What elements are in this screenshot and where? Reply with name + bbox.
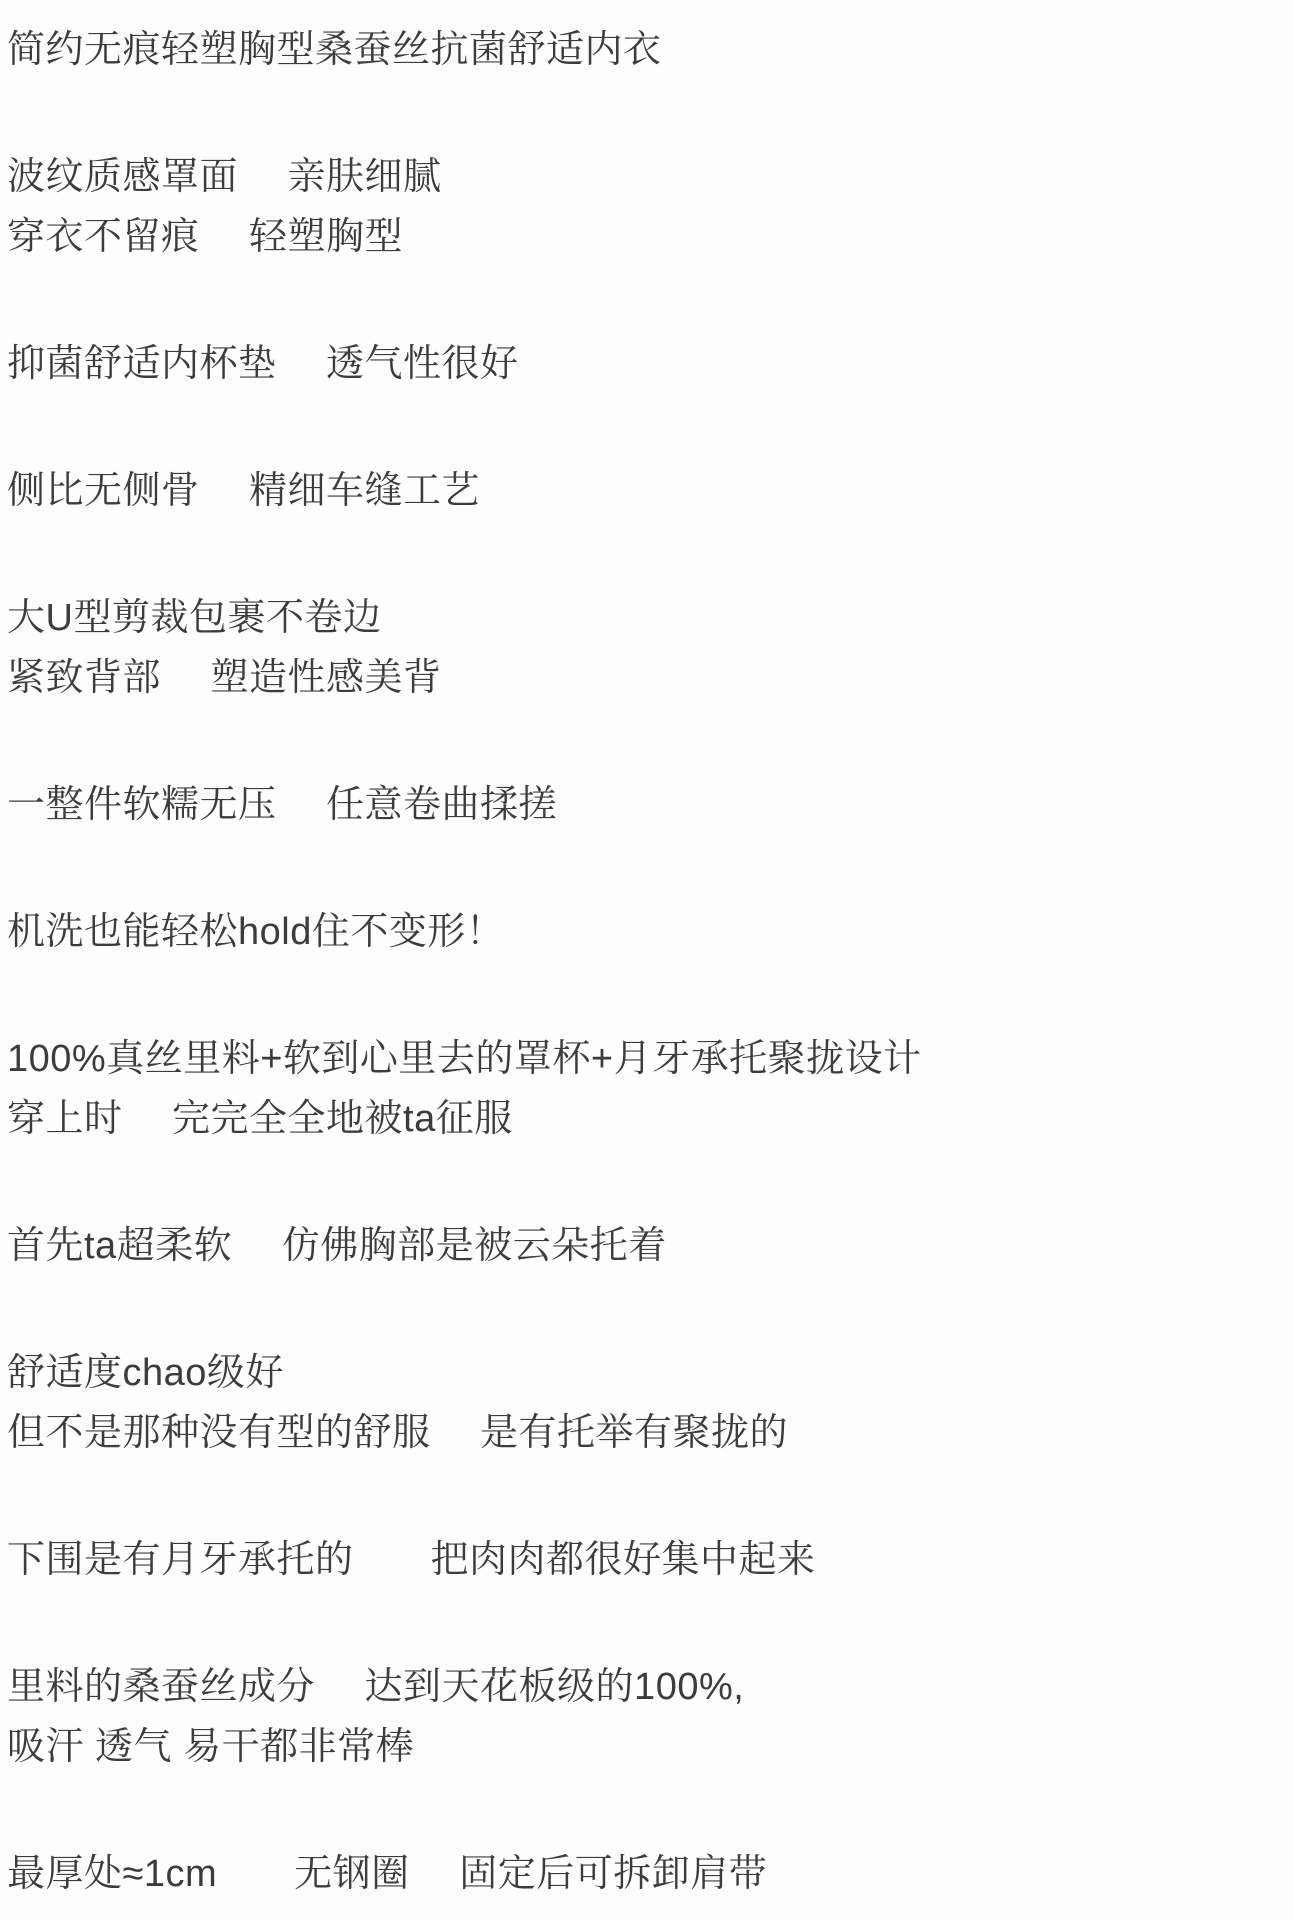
paragraph: 首先ta超柔软 仿佛胸部是被云朵托着 <box>7 1216 1278 1276</box>
paragraph: 舒适度chao级好 但不是那种没有型的舒服 是有托举有聚拢的 <box>7 1343 1278 1463</box>
feature-line: 100%真丝里料+软到心里去的罩杯+月牙承托聚拢设计 <box>7 1029 1278 1089</box>
feature-line: 波纹质感罩面 亲肤细腻 <box>7 147 1278 207</box>
title-paragraph: 简约无痕轻塑胸型桑蚕丝抗菌舒适内衣 <box>7 20 1278 80</box>
paragraph: 最厚处≈1cm 无钢圈 固定后可拆卸肩带 <box>7 1844 1278 1904</box>
paragraph: 下围是有月牙承托的 把肉肉都很好集中起来 <box>7 1530 1278 1590</box>
feature-line: 舒适度chao级好 <box>7 1343 1278 1403</box>
feature-line: 穿衣不留痕 轻塑胸型 <box>7 207 1278 267</box>
paragraph: 抑菌舒适内杯垫 透气性很好 <box>7 334 1278 394</box>
feature-line: 最厚处≈1cm 无钢圈 固定后可拆卸肩带 <box>7 1844 1278 1904</box>
feature-line: 首先ta超柔软 仿佛胸部是被云朵托着 <box>7 1216 1278 1276</box>
paragraph: 侧比无侧骨 精细车缝工艺 <box>7 461 1278 521</box>
paragraph: 机洗也能轻松hold住不变形！ <box>7 902 1278 962</box>
feature-line: 一整件软糯无压 任意卷曲揉搓 <box>7 775 1278 835</box>
feature-line: 下围是有月牙承托的 把肉肉都很好集中起来 <box>7 1530 1278 1590</box>
paragraph: 波纹质感罩面 亲肤细腻 穿衣不留痕 轻塑胸型 <box>7 147 1278 267</box>
paragraph: 里料的桑蚕丝成分 达到天花板级的100%, 吸汗 透气 易干都非常棒 <box>7 1657 1278 1777</box>
feature-line: 机洗也能轻松hold住不变形！ <box>7 902 1278 962</box>
product-description-page: 简约无痕轻塑胸型桑蚕丝抗菌舒适内衣 波纹质感罩面 亲肤细腻 穿衣不留痕 轻塑胸型… <box>0 0 1294 1904</box>
feature-line: 抑菌舒适内杯垫 透气性很好 <box>7 334 1278 394</box>
feature-line: 穿上时 完完全全地被ta征服 <box>7 1089 1278 1149</box>
feature-line: 里料的桑蚕丝成分 达到天花板级的100%, <box>7 1657 1278 1717</box>
feature-line: 大U型剪裁包裹不卷边 <box>7 588 1278 648</box>
paragraph: 大U型剪裁包裹不卷边 紧致背部 塑造性感美背 <box>7 588 1278 708</box>
product-title: 简约无痕轻塑胸型桑蚕丝抗菌舒适内衣 <box>7 20 1278 80</box>
feature-line: 吸汗 透气 易干都非常棒 <box>7 1717 1278 1777</box>
feature-line: 紧致背部 塑造性感美背 <box>7 648 1278 708</box>
paragraph: 100%真丝里料+软到心里去的罩杯+月牙承托聚拢设计 穿上时 完完全全地被ta征… <box>7 1029 1278 1149</box>
paragraph: 一整件软糯无压 任意卷曲揉搓 <box>7 775 1278 835</box>
feature-line: 侧比无侧骨 精细车缝工艺 <box>7 461 1278 521</box>
feature-line: 但不是那种没有型的舒服 是有托举有聚拢的 <box>7 1403 1278 1463</box>
